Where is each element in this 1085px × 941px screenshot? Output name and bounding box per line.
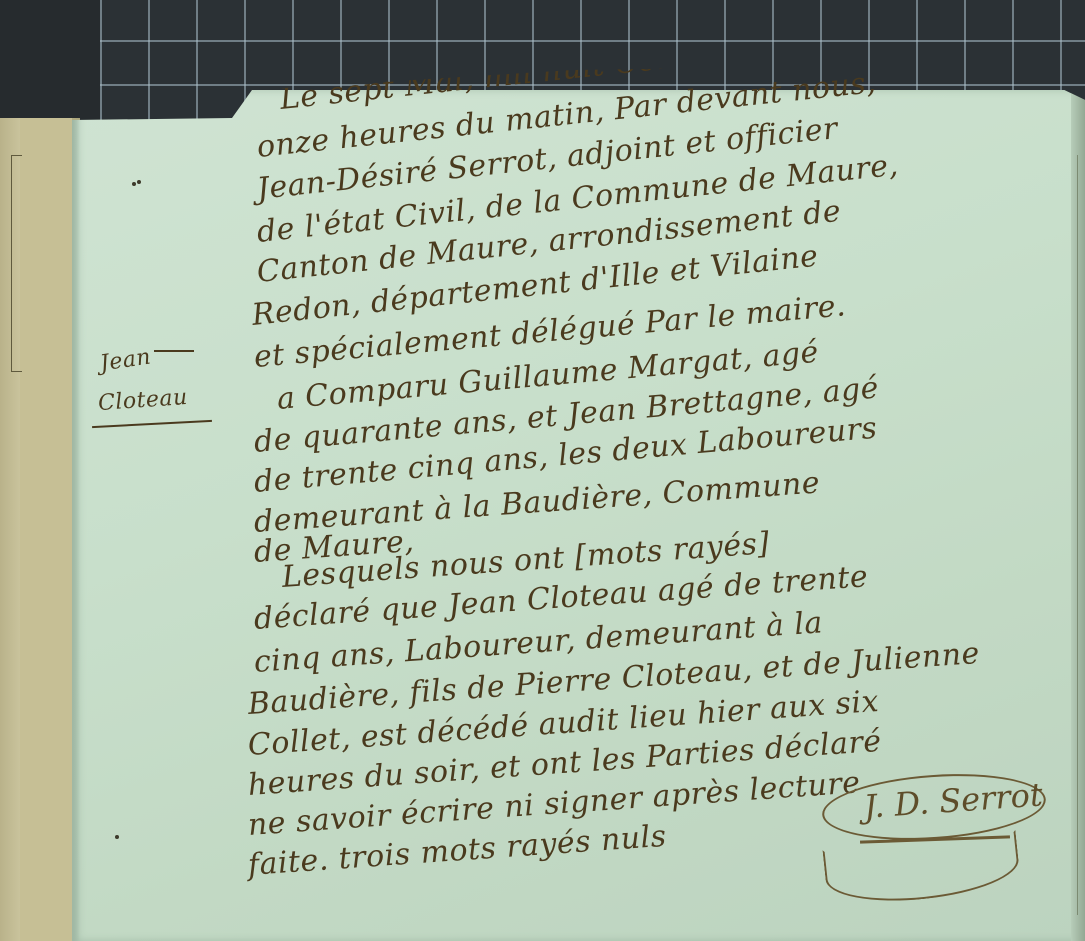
margin-rule <box>154 350 194 352</box>
margin-note-first-name: Jean <box>99 345 153 377</box>
ink-spot <box>115 835 119 839</box>
page-binding-shadow <box>72 90 80 941</box>
margin-note-surname: Cloteau <box>97 385 188 416</box>
page-edge <box>1071 90 1085 941</box>
signature-text: J. D. Serrot <box>862 775 1043 825</box>
cover-frame-mark <box>11 155 22 372</box>
ink-spot <box>132 182 136 186</box>
book-cover-strip <box>20 118 72 941</box>
margin-rule <box>92 420 212 428</box>
ink-spot <box>137 180 141 184</box>
right-margin-line <box>1077 155 1078 915</box>
mat-shadow <box>0 0 100 130</box>
